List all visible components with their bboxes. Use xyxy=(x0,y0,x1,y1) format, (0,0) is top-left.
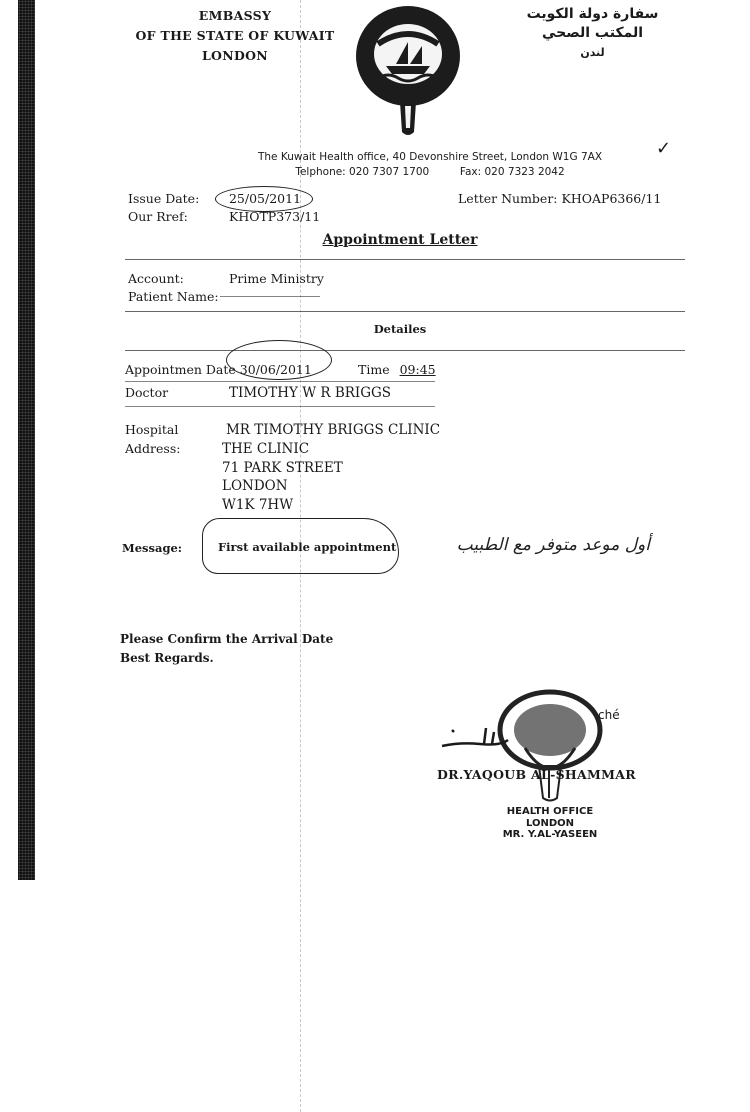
letter-number-label: Letter Number: xyxy=(458,191,558,206)
divider xyxy=(125,381,435,382)
arabic-line-1: سفارة دولة الكويت xyxy=(510,5,675,24)
address-block: THE CLINIC 71 PARK STREET LONDON W1K 7HW xyxy=(222,440,343,514)
embassy-header-english: EMBASSY OF THE STATE OF KUWAIT LONDON xyxy=(125,6,345,66)
address-line: LONDON xyxy=(222,477,343,496)
page-title: Appointment Letter xyxy=(300,232,500,248)
doctor-label: Doctor xyxy=(125,384,225,402)
confirm-arrival-text: Please Confirm the Arrival Date xyxy=(120,632,333,646)
best-regards-text: Best Regards. xyxy=(120,651,214,665)
handwritten-arabic-note: أول موعد متوفر مع الطبيب xyxy=(420,535,650,555)
divider xyxy=(125,259,685,260)
address-line: THE CLINIC xyxy=(222,440,343,459)
office-phone-fax: Telphone: 020 7307 1700 Fax: 020 7323 20… xyxy=(230,165,630,180)
office-contact-block: The Kuwait Health office, 40 Devonshire … xyxy=(230,150,630,180)
appointment-date-label: Appointmen Date xyxy=(125,362,236,377)
account-row: Account: Prime Ministry xyxy=(128,270,324,288)
embassy-line-3: LONDON xyxy=(125,46,345,66)
details-heading: Detailes xyxy=(300,322,500,336)
appointment-time-value: 09:45 xyxy=(400,362,436,377)
kuwait-emblem-icon xyxy=(352,2,464,138)
hospital-value: MR TIMOTHY BRIGGS CLINIC xyxy=(226,422,440,438)
issue-date-label: Issue Date: xyxy=(128,190,225,208)
official-stamp-icon xyxy=(495,688,605,803)
message-value: First available appointment xyxy=(218,540,396,554)
our-ref-value: KHOTP373/11 xyxy=(229,209,320,224)
divider xyxy=(125,350,685,351)
appointment-time-label: Time xyxy=(358,362,390,377)
redaction-scribble xyxy=(220,296,320,297)
embassy-line-2: OF THE STATE OF KUWAIT xyxy=(125,26,345,46)
scan-edge-shadow xyxy=(18,0,35,880)
signatory-name: DR.YAQOUB AL-SHAMMAR xyxy=(437,767,636,782)
stamp-line-2: LONDON xyxy=(480,818,620,830)
letter-number-row: Letter Number: KHOAP6366/11 xyxy=(458,190,661,208)
embassy-header-arabic: سفارة دولة الكويت المكتب الصحي لندن xyxy=(510,5,675,62)
appointment-time-row: Time 09:45 xyxy=(358,361,436,379)
stamp-line-1: HEALTH OFFICE xyxy=(480,806,620,818)
doctor-value: TIMOTHY W R BRIGGS xyxy=(229,385,391,401)
account-value: Prime Ministry xyxy=(229,271,324,286)
embassy-line-1: EMBASSY xyxy=(125,6,345,26)
signature-scribble xyxy=(440,722,510,752)
patient-name-row: Patient Name: xyxy=(128,288,219,306)
letter-number-value: KHOAP6366/11 xyxy=(562,191,662,206)
fax: Fax: 020 7323 2042 xyxy=(460,166,565,178)
arabic-line-3: لندن xyxy=(510,43,675,62)
hospital-label: Hospital xyxy=(125,421,222,439)
hand-drawn-circle xyxy=(226,340,332,380)
arabic-line-2: المكتب الصحي xyxy=(510,24,675,43)
divider xyxy=(125,406,435,407)
attache-title-fragment: ché xyxy=(598,708,620,722)
telephone: Telphone: 020 7307 1700 xyxy=(295,166,429,178)
stamp-text-block: HEALTH OFFICE LONDON MR. Y.AL-YASEEN xyxy=(480,806,620,841)
our-ref-row: Our Rref: KHOTP373/11 xyxy=(128,208,320,226)
address-line: 71 PARK STREET xyxy=(222,459,343,478)
address-line: W1K 7HW xyxy=(222,496,343,515)
stamp-line-3: MR. Y.AL-YASEEN xyxy=(480,829,620,841)
message-label: Message: xyxy=(122,539,182,557)
our-ref-label: Our Rref: xyxy=(128,208,225,226)
doctor-row: Doctor TIMOTHY W R BRIGGS xyxy=(125,384,391,402)
address-label: Address: xyxy=(125,440,180,458)
office-address: The Kuwait Health office, 40 Devonshire … xyxy=(230,150,630,165)
divider xyxy=(125,311,685,312)
patient-name-label: Patient Name: xyxy=(128,289,219,304)
hospital-row: Hospital MR TIMOTHY BRIGGS CLINIC xyxy=(125,421,440,439)
account-label: Account: xyxy=(128,270,225,288)
check-mark-icon: ✓ xyxy=(656,138,671,159)
